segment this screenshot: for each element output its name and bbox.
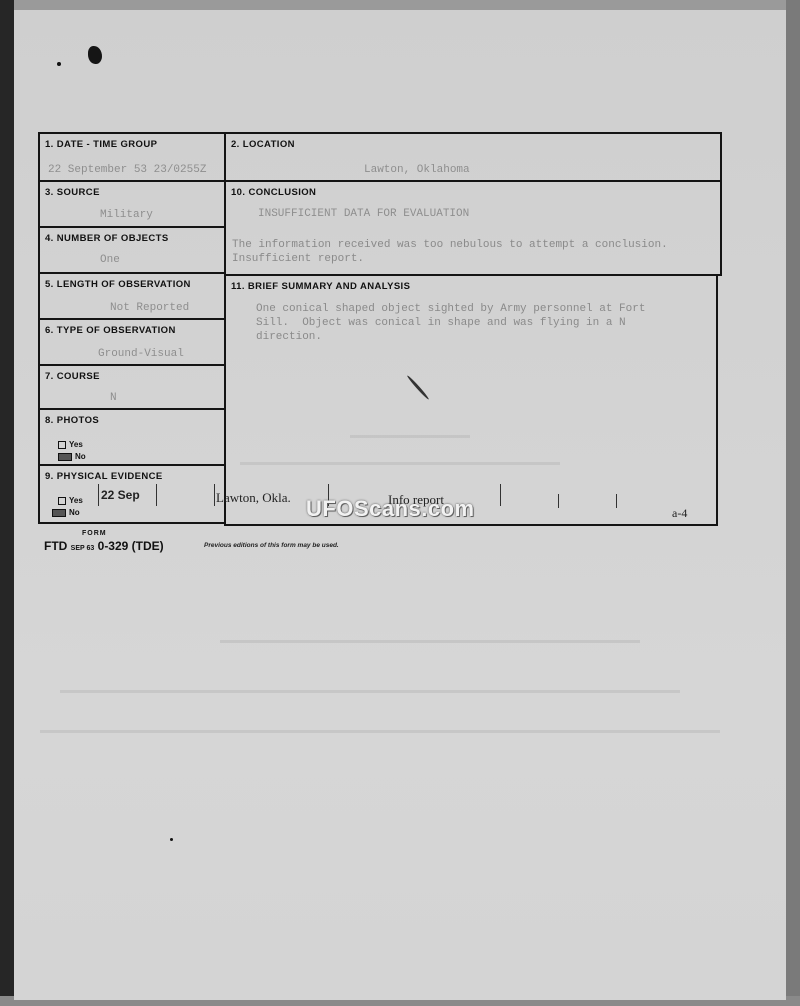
field-photos: 8. PHOTOS Yes No — [38, 408, 226, 466]
strip-page-ref: a-4 — [672, 506, 687, 521]
strip-date: 22 Sep — [101, 488, 140, 502]
speck — [57, 62, 61, 66]
field-value: 22 September 53 23/0255Z — [48, 164, 206, 176]
ink-blot — [88, 46, 102, 64]
conclusion-value: INSUFFICIENT DATA FOR EVALUATION — [258, 208, 469, 220]
field-label: 7. COURSE — [45, 371, 100, 382]
field-brief-summary: 11. BRIEF SUMMARY AND ANALYSIS One conic… — [224, 274, 718, 526]
form-word: FORM — [82, 530, 107, 537]
field-conclusion: 10. CONCLUSION INSUFFICIENT DATA FOR EVA… — [224, 180, 722, 276]
bleed-through — [220, 640, 640, 643]
strip-divider — [156, 484, 157, 506]
form-edition-note: Previous editions of this form may be us… — [204, 542, 339, 549]
field-label: 2. LOCATION — [231, 139, 295, 150]
evidence-option-yes: Yes — [58, 496, 83, 505]
evidence-option-no: No — [52, 508, 80, 517]
checkbox-empty-icon — [58, 497, 66, 505]
field-source: 3. SOURCE Military — [38, 180, 226, 228]
field-label: 11. BRIEF SUMMARY AND ANALYSIS — [231, 281, 410, 292]
field-value: N — [110, 392, 117, 404]
field-number-of-objects: 4. NUMBER OF OBJECTS One — [38, 226, 226, 274]
field-label: 4. NUMBER OF OBJECTS — [45, 233, 169, 244]
speck — [170, 838, 173, 841]
strip-location: Lawton, Okla. — [216, 490, 291, 506]
field-value: Military — [100, 209, 153, 221]
field-value: Ground-Visual — [98, 348, 184, 360]
checkbox-marked-icon — [58, 453, 72, 461]
conclusion-text: The information received was too nebulou… — [232, 238, 668, 266]
photos-option-no: No — [58, 452, 86, 461]
scan-top-edge — [0, 0, 800, 10]
field-label: 3. SOURCE — [45, 187, 100, 198]
field-type-of-observation: 6. TYPE OF OBSERVATION Ground-Visual — [38, 318, 226, 366]
strip-divider — [214, 484, 215, 506]
strip-divider — [616, 494, 617, 508]
field-location: 2. LOCATION Lawton, Oklahoma — [224, 132, 722, 182]
scan-left-edge — [0, 0, 14, 1006]
bleed-through — [60, 690, 680, 693]
strip-divider — [558, 494, 559, 508]
field-label: 1. DATE - TIME GROUP — [45, 139, 157, 150]
checkbox-empty-icon — [58, 441, 66, 449]
record-card-form: 1. DATE - TIME GROUP 22 September 53 23/… — [38, 132, 722, 524]
field-length-of-observation: 5. LENGTH OF OBSERVATION Not Reported — [38, 272, 226, 320]
strip-divider — [98, 484, 99, 506]
strip-divider — [500, 484, 501, 506]
field-label: 6. TYPE OF OBSERVATION — [45, 325, 176, 336]
field-value: One — [100, 254, 120, 266]
photos-option-yes: Yes — [58, 440, 83, 449]
field-label: 5. LENGTH OF OBSERVATION — [45, 279, 191, 290]
field-value: Not Reported — [110, 302, 189, 314]
scan-right-edge — [786, 0, 800, 1006]
watermark: UFOScans.com — [306, 496, 475, 522]
field-course: 7. COURSE N — [38, 364, 226, 410]
field-date-time-group: 1. DATE - TIME GROUP 22 September 53 23/… — [38, 132, 226, 182]
form-code: FTD SEP 63 0-329 (TDE) — [44, 539, 164, 553]
field-label: 10. CONCLUSION — [231, 187, 316, 198]
summary-text: One conical shaped object sighted by Arm… — [256, 302, 645, 344]
field-label: 8. PHOTOS — [45, 415, 99, 426]
checkbox-marked-icon — [52, 509, 66, 517]
field-value: Lawton, Oklahoma — [364, 164, 470, 176]
field-label: 9. PHYSICAL EVIDENCE — [45, 471, 163, 482]
bleed-through — [40, 730, 720, 733]
